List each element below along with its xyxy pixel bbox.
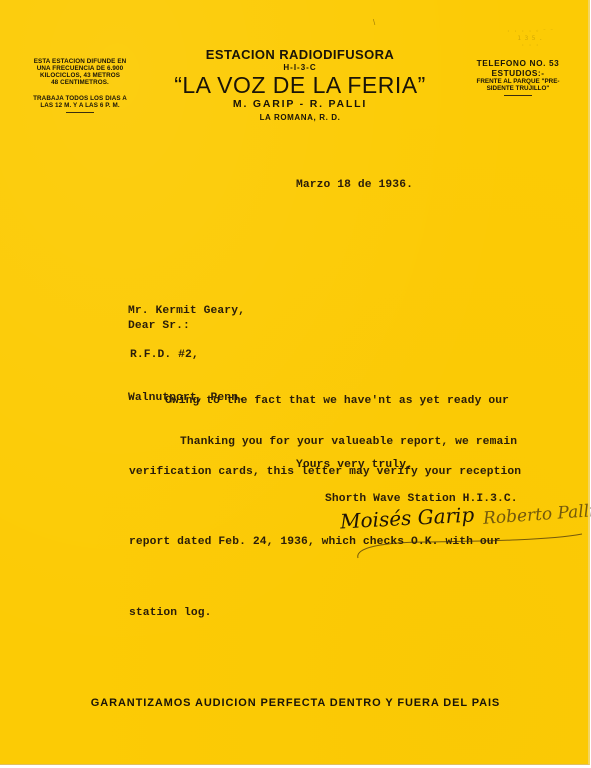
- schedule-line: LAS 12 M. Y A LAS 6 P. M.: [20, 102, 140, 109]
- salutation: Dear Sr.:: [128, 320, 190, 333]
- frequency-line: 48 CENTIMETROS.: [20, 79, 140, 86]
- frequency-line: UNA FRECUENCIA DE 6.900: [20, 65, 140, 72]
- letter-page: \ · · · · ◦ ⁻ ⁻ 1 3 5 . · · · ESTA ESTAC…: [0, 0, 590, 765]
- recipient-name: Mr. Kermit Geary,: [128, 304, 245, 319]
- address-line: FRENTE AL PARQUE "PRE-: [448, 78, 588, 85]
- telephone: TELEFONO NO. 53: [448, 58, 588, 68]
- letterhead-station-block: ESTACION RADIODIFUSORA H-I-3-C “LA VOZ D…: [150, 48, 450, 123]
- studios-address: FRENTE AL PARQUE "PRE- SIDENTE TRUJILLO": [448, 78, 588, 92]
- faded-received-stamp: · · · · ◦ ⁻ ⁻ 1 3 5 . · · ·: [475, 28, 585, 49]
- sender-station: Shorth Wave Station H.I.3.C.: [325, 493, 518, 506]
- divider-rule: [66, 112, 94, 113]
- letter-date: Marzo 18 de 1936.: [296, 179, 413, 192]
- letterhead-frequency-info: ESTA ESTACION DIFUNDE EN UNA FRECUENCIA …: [20, 58, 140, 113]
- body-line: station log.: [129, 602, 521, 626]
- schedule-line: TRABAJA TODOS LOS DIAS A: [20, 95, 140, 102]
- signature-flourish: [350, 530, 590, 565]
- letterhead-contact-info: TELEFONO NO. 53 ESTUDIOS:- FRENTE AL PAR…: [448, 58, 588, 96]
- station-owners: M. GARIP - R. PALLI: [150, 98, 450, 110]
- body-line: Owing to the fact that we have'nt as yet…: [129, 390, 521, 414]
- divider-rule: [504, 95, 532, 96]
- station-city: LA ROMANA, R. D.: [150, 113, 450, 123]
- station-type: ESTACION RADIODIFUSORA: [150, 48, 450, 62]
- frequency-line: ESTA ESTACION DIFUNDE EN: [20, 58, 140, 65]
- footer-slogan: GARANTIZAMOS AUDICION PERFECTA DENTRO Y …: [0, 697, 591, 709]
- address-line: SIDENTE TRUJILLO": [448, 85, 588, 92]
- station-name: “LA VOZ DE LA FERIA”: [150, 74, 450, 96]
- closing-line: Thanking you for your valueable report, …: [180, 436, 517, 449]
- complimentary-close: Yours very truly,: [296, 459, 413, 472]
- pencil-mark: \: [373, 18, 375, 27]
- frequency-line: KILOCICLOS, 43 METROS: [20, 72, 140, 79]
- studios-label: ESTUDIOS:-: [448, 68, 588, 78]
